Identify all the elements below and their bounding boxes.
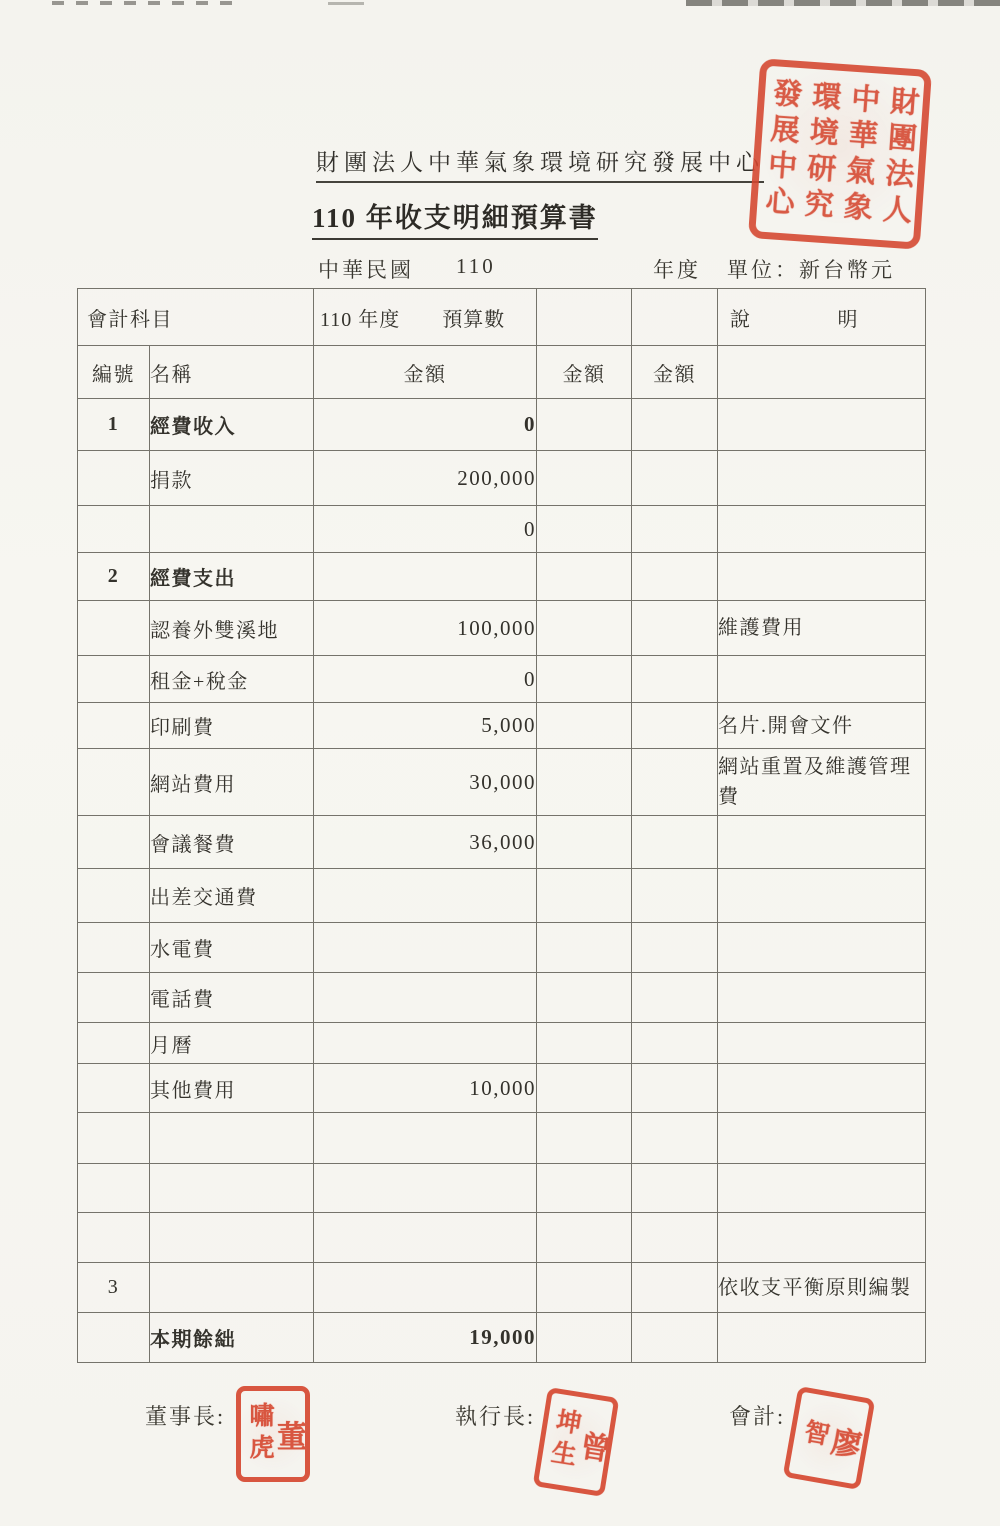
era-year: 110 (456, 254, 496, 279)
cell-amount-budget (314, 1113, 537, 1164)
cell-serial (78, 1023, 150, 1064)
cell-amount-3 (632, 1313, 718, 1363)
cell-serial (78, 749, 150, 816)
cell-note (718, 1113, 926, 1164)
scanned-budget-document: 財團法人中華氣象環境研究發展中心 110 年收支明細預算書 中華民國 110 年… (0, 0, 1000, 1526)
cell-amount-2 (537, 553, 632, 601)
cell-serial: 3 (78, 1263, 150, 1313)
table-row: 認養外雙溪地100,000維護費用 (78, 601, 926, 656)
cell-account-name: 租金+稅金 (150, 656, 314, 703)
cell-note: 網站重置及維護管理費 (718, 749, 926, 816)
seal-surname: 曾 (577, 1421, 614, 1469)
cell-amount-budget: 30,000 (314, 749, 537, 816)
chairman-stamp-icon: 董嘯虎 (236, 1386, 310, 1482)
cell-amount-budget: 19,000 (314, 1313, 537, 1363)
cell-amount-2 (537, 703, 632, 749)
cell-note (718, 656, 926, 703)
cell-amount-2 (537, 973, 632, 1023)
seal-surname: 董 (277, 1412, 307, 1456)
cell-amount-3 (632, 656, 718, 703)
cell-serial (78, 506, 150, 553)
header-serial: 編號 (78, 346, 150, 399)
cell-note (718, 1064, 926, 1113)
table-row (78, 1164, 926, 1213)
table-row: 3依收支平衡原則編製 (78, 1263, 926, 1313)
document-title: 110 年收支明細預算書 (312, 196, 598, 240)
cell-account-name (150, 506, 314, 553)
cell-amount-3 (632, 506, 718, 553)
cell-amount-2 (537, 656, 632, 703)
cell-amount-3 (632, 1064, 718, 1113)
cell-amount-3 (632, 1023, 718, 1064)
cell-amount-3 (632, 973, 718, 1023)
table-row: 2經費支出 (78, 553, 926, 601)
cell-amount-2 (537, 1023, 632, 1064)
cell-amount-budget (314, 923, 537, 973)
cell-amount-2 (537, 1313, 632, 1363)
cell-account-name: 經費支出 (150, 553, 314, 601)
cell-amount-2 (537, 869, 632, 923)
cell-amount-3 (632, 1113, 718, 1164)
cell-amount-budget: 36,000 (314, 816, 537, 869)
cell-account-name (150, 1263, 314, 1313)
cell-account-name: 本期餘絀 (150, 1313, 314, 1363)
cell-serial (78, 1164, 150, 1213)
cell-note (718, 553, 926, 601)
cell-note: 依收支平衡原則編製 (718, 1263, 926, 1313)
cell-account-name (150, 1113, 314, 1164)
scan-artifact (328, 2, 364, 5)
cell-note (718, 1164, 926, 1213)
cell-note (718, 399, 926, 451)
cell-serial (78, 451, 150, 506)
cell-amount-budget: 0 (314, 506, 537, 553)
cell-amount-2 (537, 1213, 632, 1263)
signer-label: 執行長: (455, 1400, 535, 1431)
organization-stamp-icon: 財團法人 中華氣象 環境研究 發展中心 (748, 58, 932, 250)
cell-serial (78, 703, 150, 749)
cell-serial: 1 (78, 399, 150, 451)
cell-serial (78, 816, 150, 869)
executive-director-stamp-icon: 曾坤生 (533, 1387, 620, 1497)
cell-amount-3 (632, 1263, 718, 1313)
scan-artifact (52, 1, 242, 5)
cell-serial (78, 923, 150, 973)
accountant-stamp-icon: 廖智 (783, 1386, 876, 1490)
seal-given-name: 智 (793, 1416, 834, 1454)
header-empty-cell (537, 289, 632, 346)
table-row: 捐款200,000 (78, 451, 926, 506)
cell-amount-budget: 0 (314, 399, 537, 451)
header-budget-year: 110 年度 預算數 (314, 289, 537, 346)
cell-amount-budget: 5,000 (314, 703, 537, 749)
cell-note (718, 923, 926, 973)
table-header-row-1: 會計科目 110 年度 預算數 說 明 (78, 289, 926, 346)
cell-amount-3 (632, 553, 718, 601)
header-amount-3: 金額 (632, 346, 718, 399)
cell-note (718, 451, 926, 506)
table-row: 0 (78, 506, 926, 553)
cell-serial (78, 973, 150, 1023)
cell-account-name: 電話費 (150, 973, 314, 1023)
scan-artifact (686, 0, 1000, 6)
cell-amount-3 (632, 869, 718, 923)
cell-note: 名片.開會文件 (718, 703, 926, 749)
cell-serial (78, 1064, 150, 1113)
cell-amount-3 (632, 1164, 718, 1213)
table-row: 租金+稅金0 (78, 656, 926, 703)
seal-given-name: 嘯虎 (241, 1402, 277, 1466)
cell-account-name: 認養外雙溪地 (150, 601, 314, 656)
header-empty-cell (632, 289, 718, 346)
cell-amount-3 (632, 749, 718, 816)
table-row: 出差交通費 (78, 869, 926, 923)
cell-account-name: 經費收入 (150, 399, 314, 451)
cell-amount-budget: 200,000 (314, 451, 537, 506)
cell-amount-budget (314, 869, 537, 923)
cell-amount-budget: 0 (314, 656, 537, 703)
currency-unit-label: 單位：新台幣元 (727, 254, 895, 284)
header-name: 名稱 (150, 346, 314, 399)
cell-amount-2 (537, 1113, 632, 1164)
cell-account-name: 出差交通費 (150, 869, 314, 923)
cell-note (718, 1313, 926, 1363)
cell-serial (78, 656, 150, 703)
cell-note: 維護費用 (718, 601, 926, 656)
cell-account-name: 印刷費 (150, 703, 314, 749)
cell-amount-budget: 10,000 (314, 1064, 537, 1113)
cell-amount-2 (537, 816, 632, 869)
cell-amount-2 (537, 923, 632, 973)
cell-amount-2 (537, 1164, 632, 1213)
cell-serial (78, 869, 150, 923)
table-row: 其他費用10,000 (78, 1064, 926, 1113)
cell-amount-2 (537, 601, 632, 656)
cell-amount-budget (314, 553, 537, 601)
cell-amount-2 (537, 1263, 632, 1313)
cell-amount-3 (632, 703, 718, 749)
table-row: 會議餐費36,000 (78, 816, 926, 869)
signer-label: 董事長: (145, 1400, 225, 1431)
cell-amount-2 (537, 1064, 632, 1113)
table-row: 1經費收入0 (78, 399, 926, 451)
table-row: 網站費用30,000網站重置及維護管理費 (78, 749, 926, 816)
cell-amount-2 (537, 451, 632, 506)
cell-amount-budget (314, 973, 537, 1023)
cell-amount-3 (632, 1213, 718, 1263)
cell-amount-2 (537, 749, 632, 816)
signer-label: 會計: (729, 1400, 785, 1431)
table-row (78, 1213, 926, 1263)
cell-note (718, 816, 926, 869)
table-row: 電話費 (78, 973, 926, 1023)
organization-title: 財團法人中華氣象環境研究發展中心 (316, 144, 764, 183)
cell-account-name (150, 1213, 314, 1263)
cell-amount-2 (537, 506, 632, 553)
table-row: 印刷費5,000名片.開會文件 (78, 703, 926, 749)
cell-account-name: 水電費 (150, 923, 314, 973)
cell-note (718, 506, 926, 553)
header-note-empty (718, 346, 926, 399)
cell-amount-3 (632, 816, 718, 869)
cell-note (718, 1213, 926, 1263)
header-account-subject: 會計科目 (78, 289, 314, 346)
cell-account-name (150, 1164, 314, 1213)
cell-serial (78, 601, 150, 656)
table-row: 本期餘絀19,000 (78, 1313, 926, 1363)
cell-account-name: 其他費用 (150, 1064, 314, 1113)
cell-amount-budget (314, 1164, 537, 1213)
cell-amount-3 (632, 923, 718, 973)
cell-account-name: 捐款 (150, 451, 314, 506)
cell-account-name: 會議餐費 (150, 816, 314, 869)
table-row (78, 1113, 926, 1164)
table-row: 月曆 (78, 1023, 926, 1064)
cell-note (718, 869, 926, 923)
cell-amount-3 (632, 399, 718, 451)
cell-amount-budget (314, 1023, 537, 1064)
cell-serial (78, 1313, 150, 1363)
cell-amount-budget (314, 1263, 537, 1313)
cell-note (718, 1023, 926, 1064)
cell-amount-3 (632, 451, 718, 506)
cell-serial (78, 1213, 150, 1263)
cell-amount-2 (537, 399, 632, 451)
cell-serial: 2 (78, 553, 150, 601)
era-suffix: 年度 (653, 254, 701, 284)
header-note: 說 明 (718, 289, 926, 346)
header-amount-1: 金額 (314, 346, 537, 399)
cell-amount-3 (632, 601, 718, 656)
cell-amount-budget (314, 1213, 537, 1263)
table-row: 水電費 (78, 923, 926, 973)
seal-surname: 廖 (828, 1417, 865, 1466)
era-label: 中華民國 (318, 254, 414, 284)
table-header-row-2: 編號 名稱 金額 金額 金額 (78, 346, 926, 399)
cell-account-name: 網站費用 (150, 749, 314, 816)
cell-serial (78, 1113, 150, 1164)
cell-account-name: 月曆 (150, 1023, 314, 1064)
cell-note (718, 973, 926, 1023)
header-amount-2: 金額 (537, 346, 632, 399)
cell-amount-budget: 100,000 (314, 601, 537, 656)
budget-table: 會計科目 110 年度 預算數 說 明 編號 名稱 金額 金額 金額 1經費收入… (77, 288, 926, 1363)
